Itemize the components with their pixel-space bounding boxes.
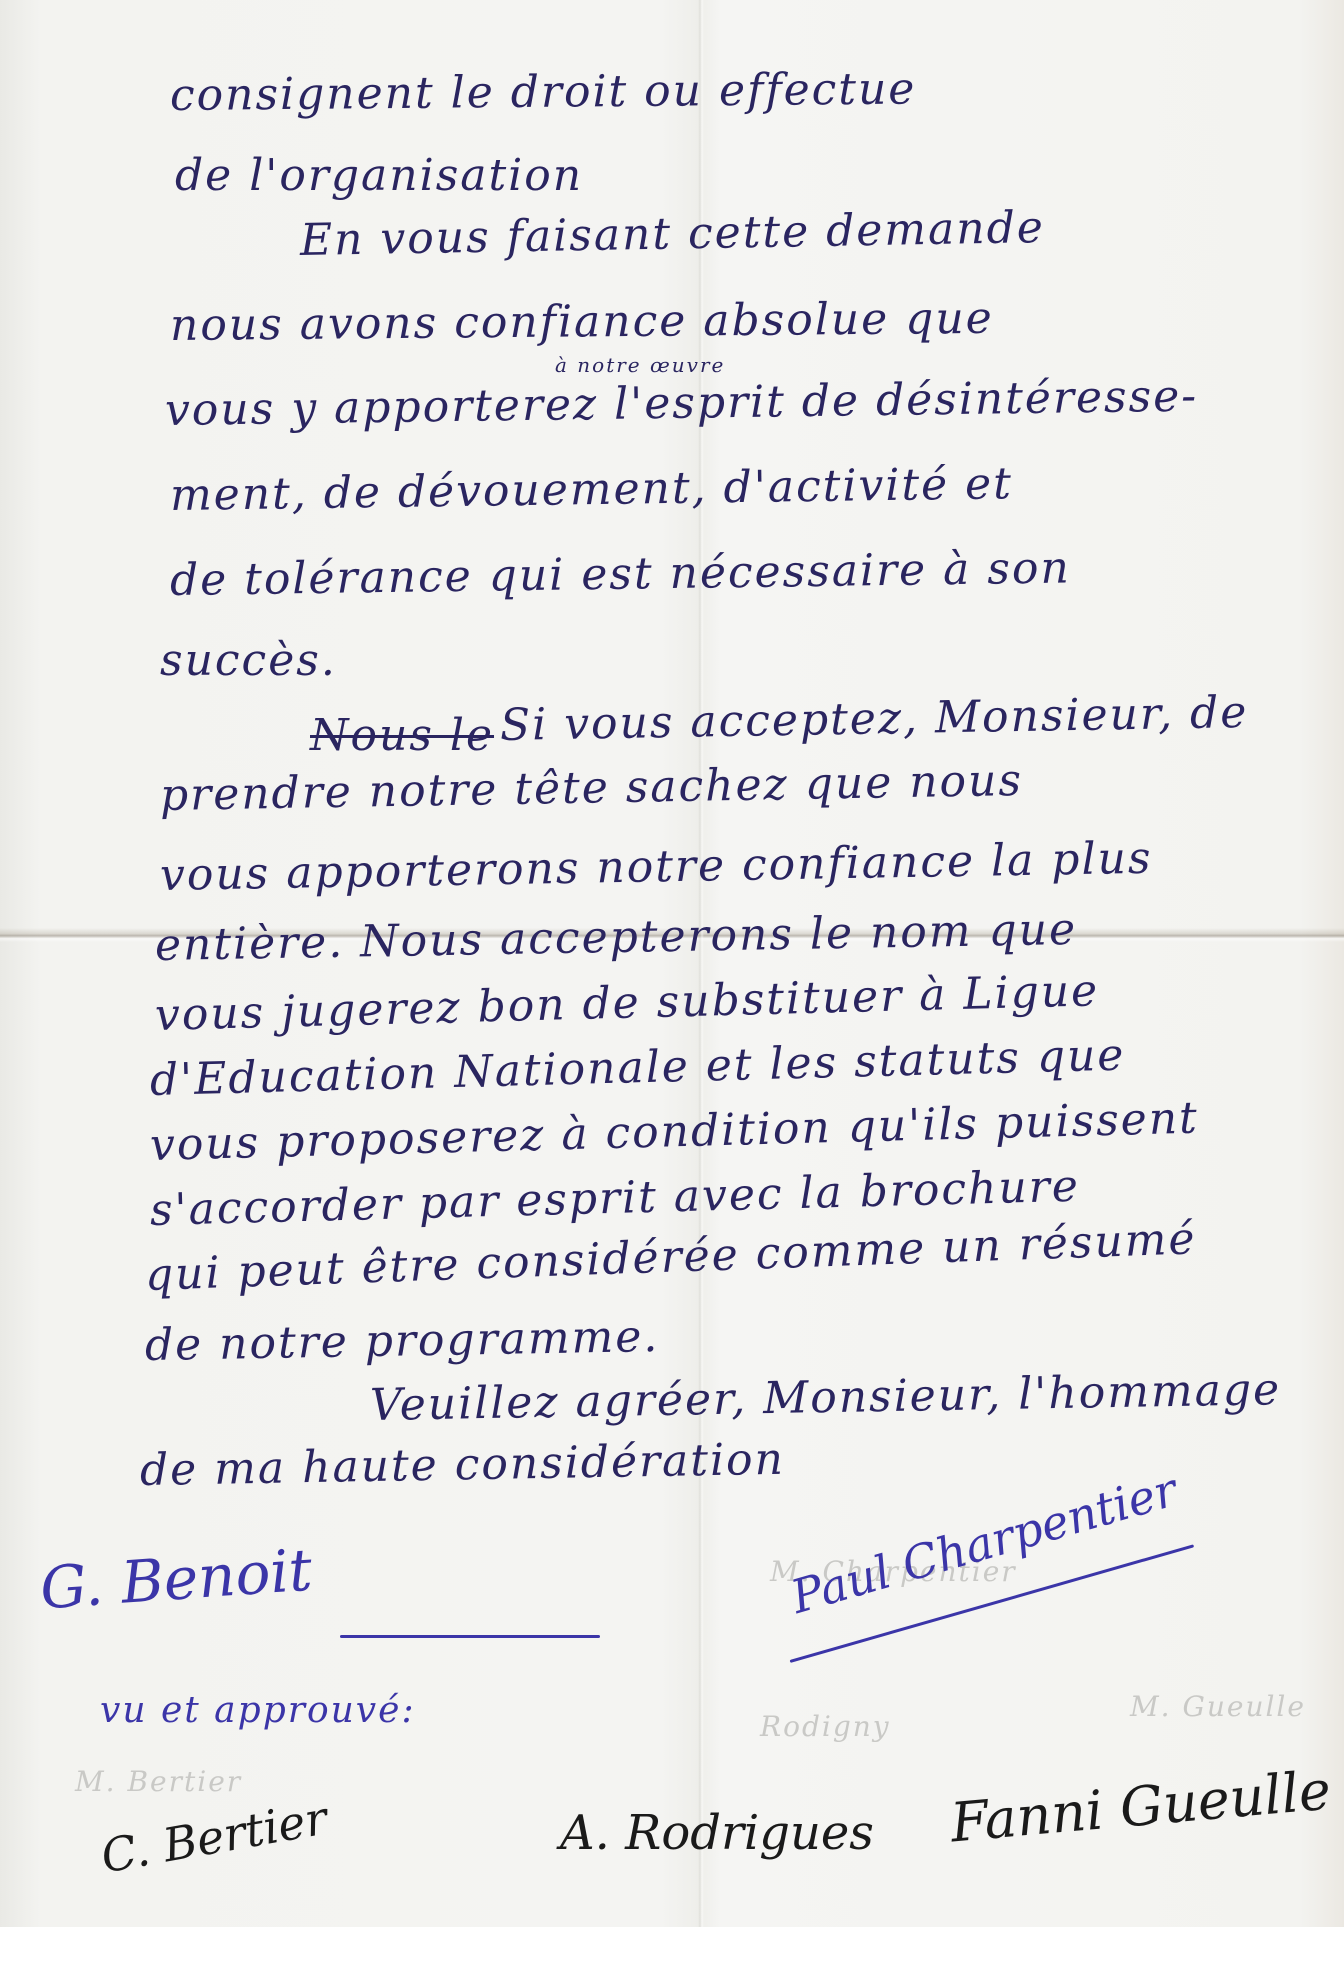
letter-line-10: prendre notre tête sachez que nous <box>160 755 1024 821</box>
letter-line-8: succès. <box>160 635 337 686</box>
letter-line-6: ment, de dévouement, d'activité et <box>170 458 1014 521</box>
letter-line-12: entière. Nous accepterons le nom que <box>155 904 1078 971</box>
pencil-note-rodigny: Rodigny <box>760 1710 891 1743</box>
letter-line-15: vous proposerez à condition qu'ils puiss… <box>149 1093 1199 1171</box>
letter-line-2: de l'organisation <box>175 150 583 201</box>
approval-label: vu et approuvé: <box>100 1690 416 1731</box>
letter-line-14: d'Education Nationale et les statuts que <box>149 1029 1126 1106</box>
signature-bertier: C. Bertier <box>97 1791 331 1884</box>
letter-line-5: vous y apporterez l'esprit de désintéres… <box>165 371 1199 436</box>
letter-line-11: vous apporterons notre confiance la plus <box>160 833 1153 901</box>
vertical-fold-crease <box>698 0 704 1927</box>
letter-line-19: Veuillez agréer, Monsieur, l'hommage <box>370 1364 1282 1431</box>
pencil-note-gueulle: M. Gueulle <box>1130 1690 1306 1723</box>
signature-benoit: G. Benoit <box>38 1536 314 1623</box>
struck-out-text: Nous le <box>310 710 494 761</box>
signature-rodrigues: A. Rodrigues <box>560 1805 874 1861</box>
signature-charpentier: Paul Charpentier <box>785 1462 1183 1624</box>
pencil-note-bertier: M. Bertier <box>75 1765 242 1798</box>
letter-line-3: En vous faisant cette demande <box>300 202 1046 266</box>
interlinear-insert: à notre œuvre <box>555 353 725 377</box>
letter-paper: consignent le droit ou effectue de l'org… <box>0 0 1344 1927</box>
letter-line-4: nous avons confiance absolue que <box>170 293 994 351</box>
letter-line-20: de ma haute considération <box>140 1434 786 1496</box>
letter-line-18: de notre programme. <box>145 1311 660 1371</box>
letter-line-7: de tolérance qui est nécessaire à son <box>170 542 1071 606</box>
letter-line-9: Si vous acceptez, Monsieur, de <box>500 687 1249 751</box>
signature-underline-benoit <box>340 1635 600 1638</box>
signature-gueulle: Fanni Gueulle <box>948 1759 1333 1855</box>
letter-line-1: consignent le droit ou effectue <box>170 63 917 121</box>
letter-line-13: vous jugerez bon de substituer à Ligue <box>154 965 1099 1041</box>
